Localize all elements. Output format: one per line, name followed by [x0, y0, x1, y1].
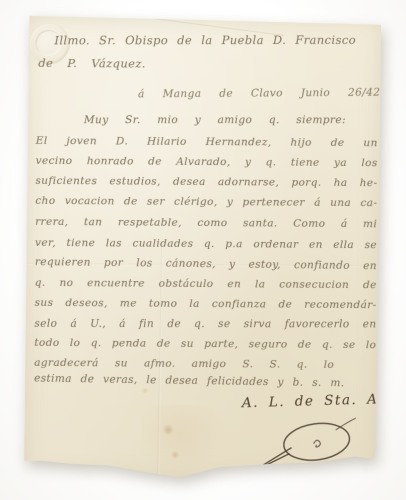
letter-body-line: selo á U., á fin de q. se sirva favorece… — [34, 318, 376, 332]
letter-body-line: todo lo q. penda de su parte, seguro de … — [34, 337, 376, 352]
paper-sheet: Illmo. Sr. Obispo de la Puebla D. Franci… — [23, 16, 382, 480]
paper-stain — [171, 451, 180, 459]
paper-stain — [162, 425, 175, 435]
paper-foxing-stain — [141, 405, 227, 478]
letter-body-line: El joven D. Hilario Hernandez, hijo de u… — [36, 135, 378, 150]
letter-paper: Illmo. Sr. Obispo de la Puebla D. Franci… — [23, 16, 382, 480]
paper-stain — [141, 388, 149, 394]
letter-body-line: q. no encuentre obstáculo en la consecuc… — [35, 277, 377, 292]
salutation: Muy Sr. mio y amigo q. siempre: — [84, 114, 346, 127]
letter-body-line: rrera, tan respetable, como santa. Como … — [35, 216, 377, 231]
letter-body-line: vecino honrado de Alvarado, y q. tiene y… — [36, 155, 378, 170]
letter-body-line: requieren por los cánones, y estoy, conf… — [35, 256, 377, 273]
letter-body-line: estima de veras, le desea felicidades y … — [34, 372, 364, 390]
heading-addressee-line-2: de P. Vázquez. — [38, 57, 146, 71]
dateline: á Manga de Clavo Junio 26/42. — [138, 87, 384, 102]
heading-addressee-line-1: Illmo. Sr. Obispo de la Puebla D. Franci… — [54, 34, 374, 48]
letter-body-line: ver, tiene las cualidades q. p.a ordenar… — [35, 237, 377, 252]
letter-body-line: agradecerá su afmo. amigo S. S. q. lo — [34, 357, 334, 372]
letter-body-line: suficientes estudios, desea adornarse, p… — [35, 175, 377, 190]
letter-body-line: cho vocacion de ser clérigo, y pertenece… — [35, 195, 377, 210]
letter-body-line: sus deseos, me tomo la confianza de reco… — [35, 297, 377, 312]
signature: A. L. de Sta. Anna — [242, 393, 406, 411]
scanned-letter-photo: Illmo. Sr. Obispo de la Puebla D. Franci… — [0, 0, 406, 500]
signature-rubric-flourish-icon — [251, 409, 361, 476]
